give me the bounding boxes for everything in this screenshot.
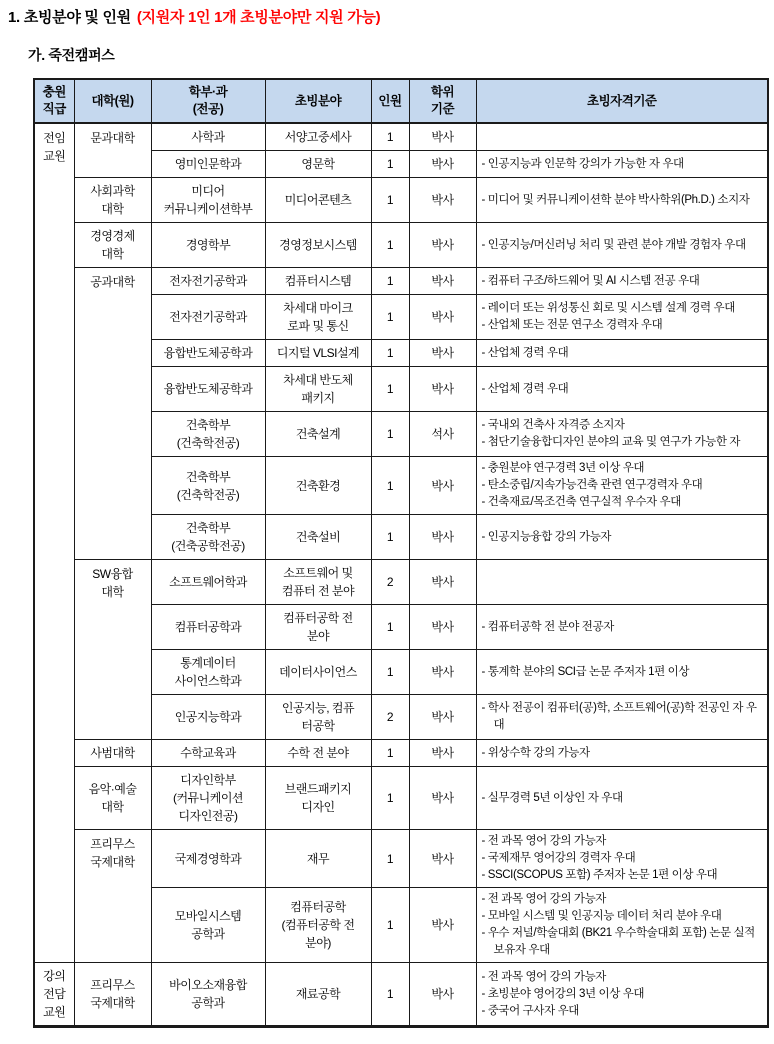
- cell-field: 재무: [265, 830, 371, 888]
- recruitment-table: 충원 직급대학(원)학부·과 (전공)초빙분야인원학위 기준초빙자격기준 전임 …: [33, 78, 769, 1028]
- cell-degree: 박사: [409, 223, 476, 268]
- cell-degree: 박사: [409, 963, 476, 1027]
- qualification-item: - 국제재무 영어강의 경력자 우대: [482, 850, 763, 867]
- cell-department: 경영학부: [151, 223, 265, 268]
- table-row: 프리무스 국제대학국제경영학과재무1박사- 전 과목 영어 강의 가능자- 국제…: [34, 830, 768, 888]
- cell-degree: 박사: [409, 340, 476, 367]
- qualification-item: - 모바일 시스템 및 인공지능 데이터 처리 분야 우대: [482, 908, 763, 925]
- cell-field: 미디어콘텐츠: [265, 178, 371, 223]
- qualification-item: - 컴퓨터 구조/하드웨어 및 AI 시스템 전공 우대: [482, 273, 763, 290]
- cell-degree: 박사: [409, 695, 476, 740]
- cell-field: 차세대 마이크 로파 및 통신: [265, 295, 371, 340]
- cell-count: 1: [371, 650, 409, 695]
- cell-qualifications: [476, 560, 768, 605]
- qualification-item: - 전 과목 영어 강의 가능자: [482, 833, 763, 850]
- cell-field: 경영정보시스템: [265, 223, 371, 268]
- qualification-item: - 중국어 구사자 우대: [482, 1003, 763, 1020]
- cell-qualifications: - 컴퓨터 구조/하드웨어 및 AI 시스템 전공 우대: [476, 268, 768, 295]
- column-header: 초빙자격기준: [476, 79, 768, 123]
- qualification-item: - SSCI(SCOPUS 포함) 주저자 논문 1편 이상 우대: [482, 867, 763, 884]
- cell-count: 1: [371, 767, 409, 830]
- cell-department: 국제경영학과: [151, 830, 265, 888]
- cell-qualifications: - 통계학 분야의 SCI급 논문 주저자 1편 이상: [476, 650, 768, 695]
- cell-count: 1: [371, 367, 409, 412]
- cell-college: 사회과학 대학: [74, 178, 151, 223]
- cell-position-group: 전임 교원: [34, 123, 74, 963]
- page-title: 1. 초빙분야 및 인원(지원자 1인 1개 초빙분야만 지원 가능): [8, 8, 774, 28]
- cell-degree: 박사: [409, 767, 476, 830]
- cell-field: 서양고중세사: [265, 123, 371, 151]
- cell-department: 융합반도체공학과: [151, 340, 265, 367]
- cell-department: 모바일시스템 공학과: [151, 888, 265, 963]
- column-header: 충원 직급: [34, 79, 74, 123]
- cell-department: 사학과: [151, 123, 265, 151]
- cell-degree: 박사: [409, 830, 476, 888]
- cell-count: 1: [371, 515, 409, 560]
- cell-field: 건축설비: [265, 515, 371, 560]
- table-row: 경영경제 대학경영학부경영정보시스템1박사- 인공지능/머신러닝 처리 및 관련…: [34, 223, 768, 268]
- cell-count: 1: [371, 123, 409, 151]
- cell-position-group: 강의 전담 교원: [34, 963, 74, 1027]
- cell-count: 1: [371, 963, 409, 1027]
- cell-department: 미디어 커뮤니케이션학부: [151, 178, 265, 223]
- qualification-item: - 미디어 및 커뮤니케이션학 분야 박사학위(Ph.D.) 소지자: [482, 192, 763, 209]
- cell-field: 건축환경: [265, 457, 371, 515]
- column-header: 인원: [371, 79, 409, 123]
- cell-qualifications: - 인공지능융합 강의 가능자: [476, 515, 768, 560]
- cell-count: 1: [371, 268, 409, 295]
- qualification-item: - 위상수학 강의 가능자: [482, 745, 763, 762]
- cell-qualifications: - 학사 전공이 컴퓨터(공)학, 소프트웨어(공)학 전공인 자 우대: [476, 695, 768, 740]
- title-text: 1. 초빙분야 및 인원: [8, 9, 131, 26]
- cell-department: 전자전기공학과: [151, 295, 265, 340]
- cell-qualifications: [476, 123, 768, 151]
- qualification-item: - 인공지능과 인문학 강의가 가능한 자 우대: [482, 156, 763, 173]
- cell-field: 컴퓨터시스템: [265, 268, 371, 295]
- cell-qualifications: - 산업체 경력 우대: [476, 340, 768, 367]
- table-row: 전임 교원문과대학사학과서양고중세사1박사: [34, 123, 768, 151]
- qualification-item: - 충원분야 연구경력 3년 이상 우대: [482, 460, 763, 477]
- cell-qualifications: - 산업체 경력 우대: [476, 367, 768, 412]
- cell-field: 브랜드패키지 디자인: [265, 767, 371, 830]
- cell-department: 영미인문학과: [151, 151, 265, 178]
- table-row: 공과대학전자전기공학과컴퓨터시스템1박사- 컴퓨터 구조/하드웨어 및 AI 시…: [34, 268, 768, 295]
- cell-college: 공과대학: [74, 268, 151, 560]
- cell-degree: 박사: [409, 367, 476, 412]
- table-body: 전임 교원문과대학사학과서양고중세사1박사영미인문학과영문학1박사- 인공지능과…: [34, 123, 768, 1027]
- cell-department: 융합반도체공학과: [151, 367, 265, 412]
- qualification-item: - 국내외 건축사 자격증 소지자: [482, 417, 763, 434]
- cell-college: 음악·예술 대학: [74, 767, 151, 830]
- qualification-item: - 탄소중립/지속가능건축 관련 연구경력자 우대: [482, 477, 763, 494]
- cell-count: 2: [371, 560, 409, 605]
- qualification-item: - 전 과목 영어 강의 가능자: [482, 891, 763, 908]
- cell-degree: 박사: [409, 560, 476, 605]
- cell-qualifications: - 국내외 건축사 자격증 소지자- 첨단기술융합디자인 분야의 교육 및 연구…: [476, 412, 768, 457]
- cell-department: 수학교육과: [151, 740, 265, 767]
- qualification-item: - 산업체 경력 우대: [482, 345, 763, 362]
- cell-count: 1: [371, 740, 409, 767]
- cell-degree: 박사: [409, 268, 476, 295]
- table-row: SW융합 대학소프트웨어학과소프트웨어 및 컴퓨터 전 분야2박사: [34, 560, 768, 605]
- column-header: 학위 기준: [409, 79, 476, 123]
- table-row: 사범대학수학교육과수학 전 분야1박사- 위상수학 강의 가능자: [34, 740, 768, 767]
- cell-qualifications: - 미디어 및 커뮤니케이션학 분야 박사학위(Ph.D.) 소지자: [476, 178, 768, 223]
- table-row: 사회과학 대학미디어 커뮤니케이션학부미디어콘텐츠1박사- 미디어 및 커뮤니케…: [34, 178, 768, 223]
- cell-count: 2: [371, 695, 409, 740]
- cell-college: 사범대학: [74, 740, 151, 767]
- cell-field: 건축설계: [265, 412, 371, 457]
- cell-degree: 박사: [409, 740, 476, 767]
- qualification-item: - 컴퓨터공학 전 분야 전공자: [482, 619, 763, 636]
- cell-field: 인공지능, 컴퓨 터공학: [265, 695, 371, 740]
- cell-department: 컴퓨터공학과: [151, 605, 265, 650]
- cell-count: 1: [371, 888, 409, 963]
- qualification-item: - 우수 저널/학술대회 (BK21 우수학술대회 포함) 논문 실적 보유자 …: [482, 925, 763, 959]
- cell-qualifications: - 전 과목 영어 강의 가능자- 국제재무 영어강의 경력자 우대- SSCI…: [476, 830, 768, 888]
- cell-count: 1: [371, 412, 409, 457]
- qualification-item: - 인공지능/머신러닝 처리 및 관련 분야 개발 경험자 우대: [482, 237, 763, 254]
- qualification-item: - 학사 전공이 컴퓨터(공)학, 소프트웨어(공)학 전공인 자 우대: [482, 700, 763, 734]
- cell-count: 1: [371, 295, 409, 340]
- qualification-item: - 실무경력 5년 이상인 자 우대: [482, 790, 763, 807]
- cell-department: 소프트웨어학과: [151, 560, 265, 605]
- cell-department: 건축학부 (건축학전공): [151, 412, 265, 457]
- cell-field: 영문학: [265, 151, 371, 178]
- cell-field: 재료공학: [265, 963, 371, 1027]
- cell-department: 통계데이터 사이언스학과: [151, 650, 265, 695]
- document-page: 1. 초빙분야 및 인원(지원자 1인 1개 초빙분야만 지원 가능) 가. 죽…: [0, 0, 774, 1028]
- cell-department: 전자전기공학과: [151, 268, 265, 295]
- qualification-item: - 산업체 경력 우대: [482, 381, 763, 398]
- cell-qualifications: - 인공지능/머신러닝 처리 및 관련 분야 개발 경험자 우대: [476, 223, 768, 268]
- cell-count: 1: [371, 830, 409, 888]
- cell-department: 바이오소재융합 공학과: [151, 963, 265, 1027]
- cell-count: 1: [371, 605, 409, 650]
- cell-degree: 박사: [409, 123, 476, 151]
- cell-college: SW융합 대학: [74, 560, 151, 740]
- table-row: 강의 전담 교원프리무스 국제대학바이오소재융합 공학과재료공학1박사- 전 과…: [34, 963, 768, 1027]
- campus-subtitle: 가. 죽전캠퍼스: [28, 46, 774, 64]
- qualification-item: - 첨단기술융합디자인 분야의 교육 및 연구가 가능한 자: [482, 434, 763, 451]
- qualification-item: - 전 과목 영어 강의 가능자: [482, 969, 763, 986]
- title-note: (지원자 1인 1개 초빙분야만 지원 가능): [137, 9, 380, 26]
- cell-qualifications: - 인공지능과 인문학 강의가 가능한 자 우대: [476, 151, 768, 178]
- cell-degree: 박사: [409, 605, 476, 650]
- cell-degree: 박사: [409, 457, 476, 515]
- cell-college: 프리무스 국제대학: [74, 830, 151, 963]
- cell-count: 1: [371, 178, 409, 223]
- cell-qualifications: - 충원분야 연구경력 3년 이상 우대- 탄소중립/지속가능건축 관련 연구경…: [476, 457, 768, 515]
- column-header: 대학(원): [74, 79, 151, 123]
- qualification-item: - 통계학 분야의 SCI급 논문 주저자 1편 이상: [482, 664, 763, 681]
- column-header: 학부·과 (전공): [151, 79, 265, 123]
- table-header: 충원 직급대학(원)학부·과 (전공)초빙분야인원학위 기준초빙자격기준: [34, 79, 768, 123]
- cell-field: 디지털 VLSI설계: [265, 340, 371, 367]
- column-header: 초빙분야: [265, 79, 371, 123]
- cell-qualifications: - 레이더 또는 위성통신 회로 및 시스템 설계 경력 우대- 산업체 또는 …: [476, 295, 768, 340]
- cell-department: 디자인학부 (커뮤니케이션 디자인전공): [151, 767, 265, 830]
- cell-degree: 박사: [409, 178, 476, 223]
- cell-field: 수학 전 분야: [265, 740, 371, 767]
- cell-count: 1: [371, 223, 409, 268]
- cell-degree: 석사: [409, 412, 476, 457]
- cell-count: 1: [371, 340, 409, 367]
- qualification-item: - 레이더 또는 위성통신 회로 및 시스템 설계 경력 우대: [482, 300, 763, 317]
- cell-degree: 박사: [409, 295, 476, 340]
- cell-department: 건축학부 (건축학전공): [151, 457, 265, 515]
- cell-count: 1: [371, 151, 409, 178]
- cell-field: 컴퓨터공학 전 분야: [265, 605, 371, 650]
- cell-qualifications: - 실무경력 5년 이상인 자 우대: [476, 767, 768, 830]
- cell-department: 인공지능학과: [151, 695, 265, 740]
- cell-qualifications: - 전 과목 영어 강의 가능자- 초빙분야 영어강의 3년 이상 우대- 중국…: [476, 963, 768, 1027]
- qualification-item: - 인공지능융합 강의 가능자: [482, 529, 763, 546]
- cell-qualifications: - 컴퓨터공학 전 분야 전공자: [476, 605, 768, 650]
- cell-degree: 박사: [409, 888, 476, 963]
- cell-department: 건축학부 (건축공학전공): [151, 515, 265, 560]
- cell-field: 데이터사이언스: [265, 650, 371, 695]
- qualification-item: - 건축재료/목조건축 연구실적 우수자 우대: [482, 494, 763, 511]
- cell-qualifications: - 전 과목 영어 강의 가능자- 모바일 시스템 및 인공지능 데이터 처리 …: [476, 888, 768, 963]
- table-row: 음악·예술 대학디자인학부 (커뮤니케이션 디자인전공)브랜드패키지 디자인1박…: [34, 767, 768, 830]
- cell-college: 문과대학: [74, 123, 151, 178]
- cell-degree: 박사: [409, 650, 476, 695]
- cell-college: 경영경제 대학: [74, 223, 151, 268]
- cell-field: 차세대 반도체 패키지: [265, 367, 371, 412]
- cell-degree: 박사: [409, 151, 476, 178]
- cell-college: 프리무스 국제대학: [74, 963, 151, 1027]
- cell-qualifications: - 위상수학 강의 가능자: [476, 740, 768, 767]
- qualification-item: - 산업체 또는 전문 연구소 경력자 우대: [482, 317, 763, 334]
- cell-count: 1: [371, 457, 409, 515]
- cell-field: 컴퓨터공학 (컴퓨터공학 전 분야): [265, 888, 371, 963]
- qualification-item: - 초빙분야 영어강의 3년 이상 우대: [482, 986, 763, 1003]
- cell-degree: 박사: [409, 515, 476, 560]
- cell-field: 소프트웨어 및 컴퓨터 전 분야: [265, 560, 371, 605]
- header-row: 충원 직급대학(원)학부·과 (전공)초빙분야인원학위 기준초빙자격기준: [34, 79, 768, 123]
